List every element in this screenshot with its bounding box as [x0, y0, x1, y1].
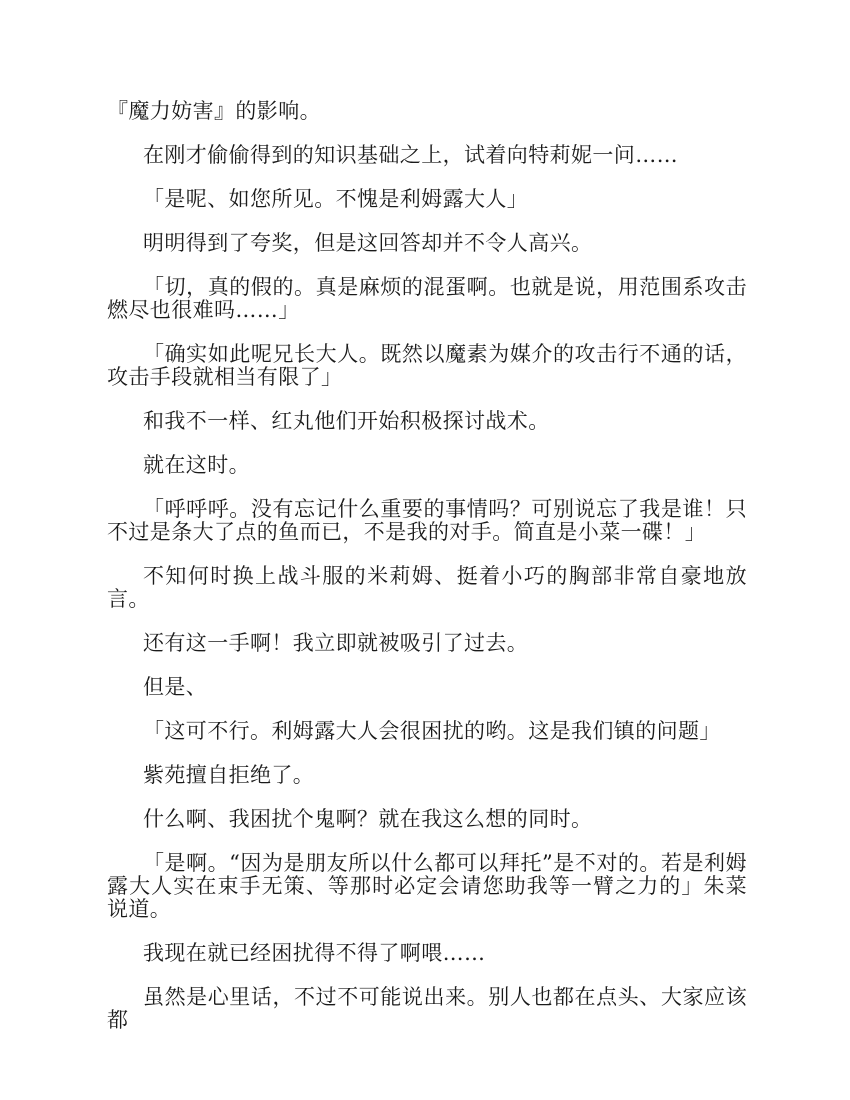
dialogue-paragraph: 「呼呼呼。没有忘记什么重要的事情吗？可别说忘了我是谁！只不过是条大了点的鱼而已，…	[107, 498, 747, 544]
paragraph: 不知何时换上战斗服的米莉姆、挺着小巧的胸部非常自豪地放言。	[107, 565, 747, 611]
dialogue-paragraph: 「这可不行。利姆露大人会很困扰的哟。这是我们镇的问题」	[107, 720, 747, 743]
paragraph: 我现在就已经困扰得不得了啊喂……	[107, 942, 747, 965]
paragraph: 紫苑擅自拒绝了。	[107, 764, 747, 787]
paragraph: 明明得到了夸奖，但是这回答却并不令人高兴。	[107, 232, 747, 255]
paragraph: 还有这一手啊！我立即就被吸引了过去。	[107, 632, 747, 655]
paragraph: 在刚才偷偷得到的知识基础之上，试着向特莉妮一问……	[107, 144, 747, 167]
paragraph: 就在这时。	[107, 454, 747, 477]
dialogue-paragraph: 「是啊。“因为是朋友所以什么都可以拜托”是不对的。若是利姆露大人实在束手无策、等…	[107, 852, 747, 921]
paragraph: 『魔力妨害』的影响。	[107, 100, 747, 123]
paragraph: 但是、	[107, 676, 747, 699]
dialogue-paragraph: 「是呢、如您所见。不愧是利姆露大人」	[107, 188, 747, 211]
paragraph: 什么啊、我困扰个鬼啊？就在我这么想的同时。	[107, 808, 747, 831]
paragraph: 和我不一样、红丸他们开始积极探讨战术。	[107, 410, 747, 433]
dialogue-paragraph: 「切，真的假的。真是麻烦的混蛋啊。也就是说，用范围系攻击燃尽也很难吗……」	[107, 276, 747, 322]
paragraph: 虽然是心里话，不过不可能说出来。别人也都在点头、大家应该都	[107, 986, 747, 1032]
dialogue-paragraph: 「确实如此呢兄长大人。既然以魔素为媒介的攻击行不通的话，攻击手段就相当有限了」	[107, 343, 747, 389]
document-page: 『魔力妨害』的影响。 在刚才偷偷得到的知识基础之上，试着向特莉妮一问…… 「是呢…	[107, 100, 747, 1053]
